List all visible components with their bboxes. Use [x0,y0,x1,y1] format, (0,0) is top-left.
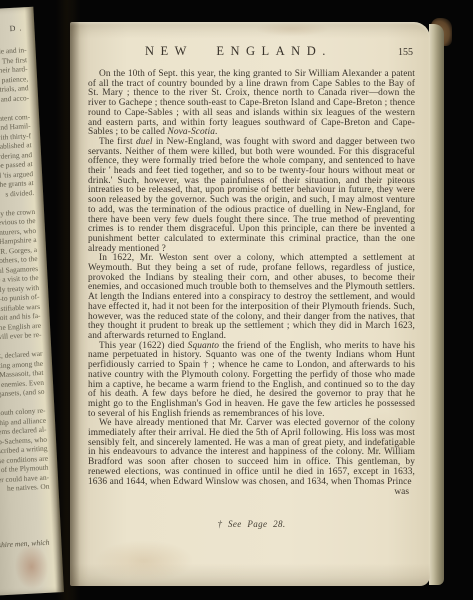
left-page: L A N D. nd of all the side and in-ce su… [0,7,64,596]
paragraph: On the 10th of Sept. this year, the king… [88,70,415,138]
right-page: NEW ENGLAND. 155 On the 10th of Sept. th… [70,22,430,586]
catchword: was [88,487,415,497]
paragraph: We have already mentioned that Mr. Carve… [88,419,415,487]
page-block-fore-edge [429,24,444,585]
stain [13,543,49,591]
paragraph: This year (1622) died Squanto the friend… [88,342,415,420]
stain [257,22,327,36]
page-number: 155 [398,47,413,58]
left-page-text-fragment: he natives. On [0,482,50,500]
page-content: NEW ENGLAND. 155 On the 10th of Sept. th… [88,44,415,529]
paragraph: In 1622, Mr. Weston sent over a colony, … [88,254,415,341]
book-photo: L A N D. nd of all the side and in-ce su… [0,0,473,600]
page-header-row: NEW ENGLAND. 155 [88,44,415,62]
footnote: † See Page 28. [88,519,415,529]
stain [94,540,194,582]
body-text: On the 10th of Sept. this year, the king… [88,70,415,487]
left-page-running-header: L A N D. [0,23,26,35]
left-page-fragments: nd of all the side and in-ce sufficient.… [0,45,50,500]
paragraph: The first duel in New-England, was fough… [88,138,415,254]
running-header: NEW ENGLAND. [145,44,332,59]
